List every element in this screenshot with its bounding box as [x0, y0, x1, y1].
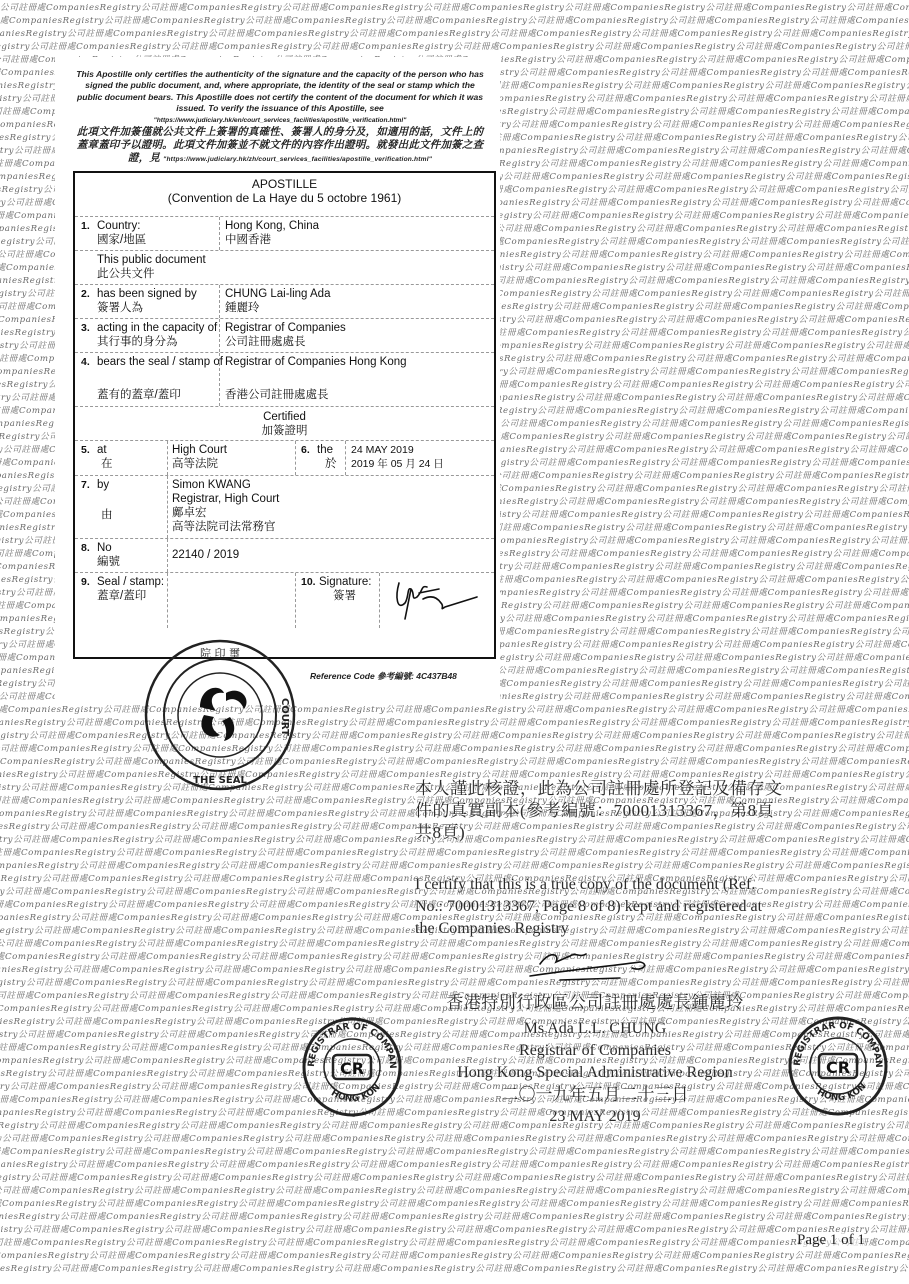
- officer-name-en: Ms Ada L.L. CHUNG: [370, 1018, 820, 1040]
- watermark-line: 公司註冊處CompaniesRegistry公司註冊處CompaniesRegi…: [0, 860, 909, 873]
- field-capacity: 3. acting in the capacity of其行事的身分為 Regi…: [75, 319, 494, 353]
- field-public-document: This public document此公共文件: [75, 251, 494, 285]
- certification-chinese: 本人謹此核證，此為公司註冊處所登記及備存文 件的真實副本(參考編號：700013…: [415, 778, 805, 844]
- watermark-line: 公司註冊處CompaniesRegistry公司註冊處CompaniesRegi…: [0, 1224, 909, 1237]
- svg-text:COURT: COURT: [279, 698, 290, 736]
- watermark-line: 公司註冊處CompaniesRegistry公司註冊處CompaniesRegi…: [0, 1172, 909, 1185]
- disclaimer-url-en[interactable]: "https://www.judiciary.hk/en/court_servi…: [75, 115, 485, 126]
- watermark-line: 公司註冊處CompaniesRegistry公司註冊處CompaniesRegi…: [0, 41, 909, 54]
- watermark-line: 公司註冊處CompaniesRegistry公司註冊處CompaniesRegi…: [0, 704, 909, 717]
- watermark-line: 公司註冊處CompaniesRegistry公司註冊處CompaniesRegi…: [0, 1133, 909, 1146]
- watermark-line: 公司註冊處CompaniesRegistry公司註冊處CompaniesRegi…: [0, 1146, 909, 1159]
- svg-text:CR: CR: [340, 1059, 364, 1078]
- field-country: 1. Country:國家/地區 Hong Kong, China中國香港: [75, 217, 494, 251]
- watermark-line: 公司註冊處CompaniesRegistry公司註冊處CompaniesRegi…: [0, 730, 909, 743]
- watermark-line: 公司註冊處CompaniesRegistry公司註冊處CompaniesRegi…: [0, 1250, 909, 1263]
- high-court-seal: 院 印 璽 THE SEAL COURT: [142, 637, 298, 793]
- watermark-line: 公司註冊處CompaniesRegistry公司註冊處CompaniesRegi…: [0, 847, 909, 860]
- svg-text:院 印 璽: 院 印 璽: [200, 646, 240, 660]
- watermark-line: 公司註冊處CompaniesRegistry公司註冊處CompaniesRegi…: [0, 977, 909, 990]
- disclaimer-url-zh[interactable]: "https://www.judiciary.hk/zh/court_servi…: [163, 156, 432, 163]
- apostille-certificate: This Apostille only certifies the authen…: [55, 57, 500, 705]
- watermark-line: 公司註冊處CompaniesRegistry公司註冊處CompaniesRegi…: [0, 1211, 909, 1224]
- watermark-line: 公司註冊處CompaniesRegistry公司註冊處CompaniesRegi…: [0, 964, 909, 977]
- date-value: 24 MAY 20192019 年 05 月 24 日: [351, 443, 444, 471]
- seal-of-value: Registrar of Companies Hong Kong香港公司註冊處處…: [225, 355, 407, 402]
- certification-english: I certify that this is a true copy of th…: [415, 874, 795, 940]
- at-value: High Court高等法院: [172, 443, 227, 471]
- signer-value: CHUNG Lai-ling Ada鍾麗玲: [225, 287, 330, 315]
- watermark-line: 公司註冊處CompaniesRegistry公司註冊處CompaniesRegi…: [0, 717, 909, 730]
- watermark-line: 公司註冊處CompaniesRegistry公司註冊處CompaniesRegi…: [0, 1198, 909, 1211]
- date-zh: 二〇一九年五月二十三日: [370, 1084, 820, 1106]
- region: Hong Kong Special Administrative Region: [370, 1062, 820, 1084]
- watermark-line: 公司註冊處CompaniesRegistry公司註冊處CompaniesRegi…: [0, 1185, 909, 1198]
- disclaimer-zh: 此項文件加簽僅就公共文件上簽署的真確性、簽署人的身分及，如適用的話，文件上的蓋章…: [75, 126, 485, 166]
- apostille-header: APOSTILLE (Convention de La Haye du 5 oc…: [75, 173, 494, 217]
- cr-seal-left: CR REGISTRAR OF COMPANIES HONG KONG: [300, 1015, 404, 1119]
- country-value: Hong Kong, China中國香港: [225, 219, 319, 247]
- svg-text:THE SEAL: THE SEAL: [193, 775, 247, 786]
- field-at-the: 5. at在 High Court高等法院 6. the於 24 MAY 201…: [75, 441, 494, 476]
- watermark-line: 公司註冊處CompaniesRegistry公司註冊處CompaniesRegi…: [0, 15, 909, 28]
- field-seal-signature: 9. Seal / stamp:蓋章/蓋印 10. Signature:簽署: [75, 573, 494, 628]
- field-number: 8. No編號 22140 / 2019: [75, 539, 494, 573]
- watermark-line: 公司註冊處CompaniesRegistry公司註冊處CompaniesRegi…: [0, 28, 909, 41]
- by-value: Simon KWANG Registrar, High Court 鄺卓宏 高等…: [172, 478, 279, 534]
- number-value: 22140 / 2019: [172, 548, 239, 562]
- field-by: 7. by由 Simon KWANG Registrar, High Court…: [75, 476, 494, 539]
- watermark-line: 公司註冊處CompaniesRegistry公司註冊處CompaniesRegi…: [0, 756, 909, 769]
- watermark-line: 公司註冊處CompaniesRegistry公司註冊處CompaniesRegi…: [0, 743, 909, 756]
- companies-registrar-signature: [510, 944, 660, 988]
- watermark-line: 公司註冊處CompaniesRegistry公司註冊處CompaniesRegi…: [0, 1159, 909, 1172]
- field-seal-of: 4. bears the seal / stamp of蓋有的蓋章/蓋印 Reg…: [75, 353, 494, 407]
- apostille-subtitle: (Convention de La Haye du 5 octobre 1961…: [75, 191, 494, 205]
- officer-name-zh: 香港特別行政區公司註冊處處長鍾麗玲: [370, 992, 820, 1014]
- date-en: 23 MAY 2019: [370, 1106, 820, 1128]
- cr-seal-right: CR REGISTRAR OF COMPANIES HONG KONG: [786, 1014, 890, 1118]
- certified-heading: Certified 加簽證明: [75, 407, 494, 441]
- disclaimer-en: This Apostille only certifies the authen…: [75, 69, 485, 115]
- watermark-line: 公司註冊處CompaniesRegistry公司註冊處CompaniesRegi…: [0, 951, 909, 964]
- capacity-value: Registrar of Companies公司註冊處處長: [225, 321, 346, 349]
- apostille-form: APOSTILLE (Convention de La Haye du 5 oc…: [73, 171, 496, 659]
- apostille-disclaimer: This Apostille only certifies the authen…: [75, 69, 485, 166]
- watermark-line: 公司註冊處CompaniesRegistry公司註冊處CompaniesRegi…: [0, 1237, 909, 1250]
- watermark-line: 公司註冊處CompaniesRegistry公司註冊處CompaniesRegi…: [0, 1263, 909, 1276]
- watermark-line: 公司註冊處CompaniesRegistry公司註冊處CompaniesRegi…: [0, 2, 909, 15]
- field-signed-by: 2. has been signed by簽署人為 CHUNG Lai-ling…: [75, 285, 494, 319]
- apostille-title: APOSTILLE: [75, 177, 494, 191]
- reference-code: Reference Code 參考編號: 4C437B48: [310, 670, 457, 682]
- registrar-signature: [393, 579, 483, 623]
- page-number: Page 1 of 1: [797, 1232, 865, 1249]
- svg-text:CR: CR: [826, 1058, 850, 1077]
- officer-title: Registrar of Companies: [370, 1040, 820, 1062]
